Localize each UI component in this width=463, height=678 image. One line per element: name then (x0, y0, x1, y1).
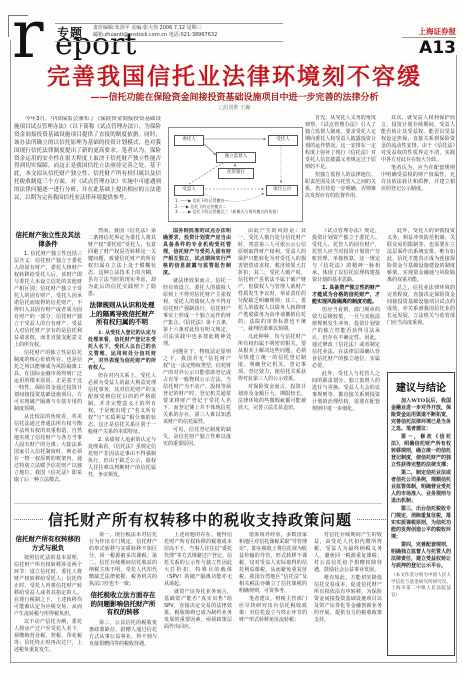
column-paragraph: 以不动产信托为例，委托人将房产过户至受托人名下，须缴纳营业税、契税、印花税等；信… (14, 619, 82, 654)
article-column: 由此产生的风险是：其一，受托人擅自处分信托财产时，善意第三人可依公示公信原则取得… (238, 228, 306, 500)
column-paragraph: 《试点管理办法》规定，投资计划资产独立于委托人、受托人、托管人的固有财产，托管人… (312, 228, 380, 284)
column-paragraph: 凡此种种，均与信托财产所有权归属不明密切相关。要从根本上解决这些问题，必须尽快建… (238, 334, 306, 383)
column-paragraph: 第一，现行税法未对信托行为作出专门规定，信托财产的形式转移与实质转移不加区分，同… (89, 532, 157, 588)
diagram-node-project-company: 项目公司 (266, 185, 298, 196)
contact-info-line: 邮箱:zhuanti@cnstock.com.cn 电话:021-3896763… (93, 32, 283, 39)
lead-intro-block: 今年3月，中国保监会颁布了《保险资金间接投资基础设施项目试点管理办法》（以下简称… (14, 116, 161, 221)
column-paragraph: 但在对内关系上，受托人必须为受益人的最大利益处理信托事务，其对信托财产的支配权受… (88, 373, 156, 436)
page-frame-bottom (10, 662, 457, 663)
diagram-node-beneficiary: 受益人 (174, 185, 204, 196)
article-column: 《试点管理办法》规定，投资计划资产独立于委托人、受托人、托管人的固有财产，托管人… (312, 228, 380, 500)
page-number: A13 (414, 38, 456, 58)
sidebar-title: 建议与结论 (391, 379, 451, 394)
column-paragraph: 但应当看到，部门规章的效力层级较低，一旦与其他法律规则发生冲突，投资计划资产的独… (312, 307, 380, 370)
section-label: 专题 (57, 24, 83, 41)
lead-byline: □迟国维 王巍 (14, 104, 455, 111)
sidebar-body: 加入WTO以后，我国金融业进一步对外开放，保险资金运用渠道不断拓宽，完善信托法律… (391, 398, 451, 570)
sidebar-footnote: （本文作者分别为中国人民大学信托与基金研究所研究员、上海市第二中级人民法院法官） (391, 573, 451, 599)
crop-mark-vertical (8, 15, 9, 37)
column-heading: 信托税收立法方面存在的问题影响信托财产所有权的转移 (90, 591, 156, 617)
header-rule-top (55, 23, 283, 24)
column-paragraph: 此外，受托人的审慎投资义务、利益冲突防范机制、关联交易的限制等，也需要在立法层面… (387, 228, 455, 284)
article-column: 然而，我国《信托法》第二条将信托界定为委托人将其财产权“委托给”受托人，有意回避… (88, 228, 156, 500)
column-paragraph: 对信托存续期间产生的收益，由受托人代扣代缴所得税，受益人为最终纳税义务人，避免同… (314, 532, 382, 574)
column-paragraph: 然而，我国《信托法》第二条将信托界定为委托人将其财产权“委托给”受托人，有意回避… (88, 228, 156, 298)
article-column: 其次，就受益人权利保护而言，投资计划存续期间，受益人能否转让其受益权、能否以受益… (381, 115, 455, 222)
column-paragraph: 加入WTO以后，我国金融业进一步对外开放，保险资金运用渠道不断拓宽，完善信托法律… (391, 398, 451, 433)
article-column: 第一，现行税法未对信托行为作出专门规定，信托财产的形式转移与实质转移不加区分，同… (89, 532, 157, 658)
column-paragraph: 对保险资金而言，投资计划涉及金额巨大、期限较长，法律环境的些微瑕疵都可能被放大，… (238, 384, 306, 412)
column-heading: 信托财产独立性及其法律条件 (15, 231, 81, 248)
diagram-node-supervisor: 独立监督人 (216, 152, 256, 163)
column-paragraph: 1. 信托财产独立性包括三层含义：信托财产独立于委托人的固有财产，委托人将财产权… (14, 251, 82, 349)
column-paragraph: 就资产证券化业务而言，基础资产能否“真实出售”给SPV，直接决定交易的法律效果，… (164, 589, 232, 631)
column-paragraph: 1. 从受托人登记的认定与处理来看，信托财产登记在受托人名下，受托人以自己的名义… (88, 330, 156, 372)
newspaper-page: r eport 专题 责任编辑:朱剑平 美编:张大伟 2006.7.12 星期三… (0, 0, 463, 678)
column-paragraph: 第三，出台信托税收专门规定，消除重复征税，落实实质课税原则，为信托功能的发挥创造… (391, 506, 451, 541)
column-heading: 信托财产所有权转移的方式与税负 (15, 535, 81, 552)
editor-info-line: 责任编辑:朱剑平 美编:张大伟 2006.7.12 星期三 (93, 25, 283, 32)
lead-intro-text: 今年3月，中国保监会颁布了《保险资金间接投资基础设施项目试点管理办法》（以下简称… (14, 116, 161, 203)
paper-name: 上海证券报 (414, 26, 456, 37)
column-paragraph: 2. 从债权人追索的认定与处理来看，《信托法》虽规定信托财产非因法定事由不得强制… (88, 437, 156, 479)
column-paragraph: 笔者认为，应当在配套规则中明确受益权的财产权属性，允许其依法转让和质押，并建立相… (381, 165, 455, 193)
column-paragraph: 此外，受托人与托管人之间的职责划分、独立监督人的选任与更换、受益人大会的议事规则… (312, 371, 380, 413)
sidebar-box: 建议与结论 加入WTO以后，我国金融业进一步对外开放，保险资金运用渠道不断拓宽，… (387, 372, 455, 656)
column-paragraph: 国务院批准的试点办法明确要求，投资计划资产应当由具备条件的专业机构受托管理，信托… (163, 228, 231, 277)
column-paragraph: 可见，信托登记制度的缺失，是信托财产独立性难以落实的重要原因。 (163, 427, 231, 448)
diagram-legend-item: 3. ……▶ 信托下的运营模式三（新模式与现有模式的衔接） (175, 209, 280, 215)
column-paragraph: 问题在于，物权法定原则之下，我国并无“信托财产权”这一法定物权类型，信托财产的对… (163, 349, 231, 426)
article-column: 信托财产独立性及其法律条件1. 信托财产独立性包括三层含义：信托财产独立于委托人… (14, 228, 82, 500)
lead-headline: 完善我国信托业法律环境刻不容缓 (14, 58, 455, 91)
diagram-node-custodian: 托管银行 (218, 168, 254, 179)
article-column: 此外，受托人的审慎投资义务、利益冲突防范机制、关联交易的限制等，也需要在立法层面… (387, 228, 455, 366)
dotted-rule-left (14, 519, 43, 520)
column-paragraph: 上述问题的存在，使得信托财产所有权转移的税收成本居高不下，当事人往往以“委托代理… (164, 532, 232, 588)
header-rule-bottom (55, 41, 283, 42)
column-paragraph: 按照信托法的基本原理，信托财产所有权转移涉及两个环节：设立信托时，委托人将财产权… (14, 555, 82, 618)
bottom-headline-row: 信托财产所有权转移中的税收支持政策问题 (14, 509, 386, 530)
page-frame-right (456, 55, 457, 662)
column-paragraph: 第二，制定信托业法或者信托公司条例，理顺信托业监管体制，明确营业受托人的市场准入… (391, 470, 451, 505)
column-paragraph: 首先，从受托人义务的角度观察，《试点管理办法》引入了独立监督人制度，要求受托人定… (305, 115, 376, 171)
column-paragraph: 从比较法的角度看，英美信托法通过普通法所有权与衡平法所有权的双重构造，自然地实现… (14, 414, 82, 484)
column-heading: 法律规则从认识和处理上的隔离导致信托财产所有权归属的不明 (89, 301, 155, 327)
column-paragraph: 就法律效果而言，信托一经有效设立，委托人的债权人原则上不得对信托财产主张权利，受… (163, 278, 231, 348)
column-paragraph: 第四，完善配套规则，明确独立监督人与托管人的法律责任，建立受益权转让与质押的登记… (391, 542, 451, 570)
column-paragraph: 第三，公益信托的税收优惠政策缺位，捐赠人通过信托方式从事公益事业，得不到与直接捐… (89, 620, 157, 648)
column-paragraph: 笔者建议，财税主管部门应尽快研究出台信托税收政策：对信托设立与终止环节的财产形式… (239, 596, 307, 624)
column-paragraph: 其次，就受益人权利保护而言，投资计划存续期间，受益人能否转让其受益权、能否以受益… (381, 115, 455, 164)
diagram-node-settlor: 委托人 (174, 135, 204, 146)
lead-subheadline: ——信托功能在保险资金间接投资基础设施项目中进一步完善的法律分析 (14, 90, 455, 103)
column-paragraph: 总之，信托业法律环境的完善程度，直接决定保险资金间接投资基础设施项目试点的成效，… (387, 285, 455, 327)
column-paragraph: 由此产生的风险是：其一，受托人擅自处分信托财产时，善意第三人可依公示公信原则取得… (238, 228, 306, 333)
article-column: 信托财产所有权转移的方式与税负按照信托法的基本原理，信托财产所有权转移涉及两个环… (14, 532, 82, 658)
column-paragraph: 第一，修改《信托法》，明确信托财产所有权转移规则，确立统一的信托登记制度，使信托… (391, 434, 451, 469)
column-paragraph: 但独立监督人的法律地位、职责范围及其与托管人之间的关系，仍有待进一步明确，否则难… (305, 172, 376, 200)
column-paragraph: 借鉴境外经验，多数国家和地区对信托课税采取“导管理论”，即在税收上将信托视为收益… (239, 532, 307, 595)
diagram-legend: 1. ——▶ 信托下的运营模式一 2. ----▶ 信托下的运营模式二 3. …… (175, 198, 280, 215)
column-paragraph: 唯有如此，方能切实降低信托交易成本，促进信托财产所有权依法有序转移，为保险资金间… (314, 575, 382, 624)
article-column: 对信托存续期间产生的收益，由受托人代扣代缴所得税，受益人为最终纳税义务人，避免同… (314, 532, 382, 658)
article-column: 上述问题的存在，使得信托财产所有权转移的税收成本居高不下，当事人往往以“委托代理… (164, 532, 232, 658)
article-column: 首先，从受托人义务的角度观察，《试点管理办法》引入了独立监督人制度，要求受托人定… (305, 115, 376, 222)
trust-structure-diagram: 委托人 受托人 独立监督人 托管银行 受益人 项目公司 1. ——▶ 信托下的运… (168, 127, 303, 222)
article-column: 国务院批准的试点办法明确要求，投资计划资产应当由具备条件的专业机构受托管理，信托… (163, 228, 231, 500)
column-paragraph: 1. 具备资产独立性的财产才能成为合格的信托财产，才能实现风险隔离的制度功能。 (312, 285, 380, 306)
page-frame-left (10, 40, 11, 662)
bottom-headline: 信托财产所有权转移中的税收支持政策问题 (43, 509, 357, 530)
article-column: 借鉴境外经验，多数国家和地区对信托课税采取“导管理论”，即在税收上将信托视为收益… (239, 532, 307, 658)
column-paragraph: 信托财产的独立性是信托制度的核心价值所在，也是信托之所以能够成为风险隔离工具、在… (14, 350, 82, 413)
section-divider (14, 503, 382, 504)
dotted-rule-right (357, 519, 386, 520)
diagram-node-trustee: 受托人 (268, 135, 298, 146)
